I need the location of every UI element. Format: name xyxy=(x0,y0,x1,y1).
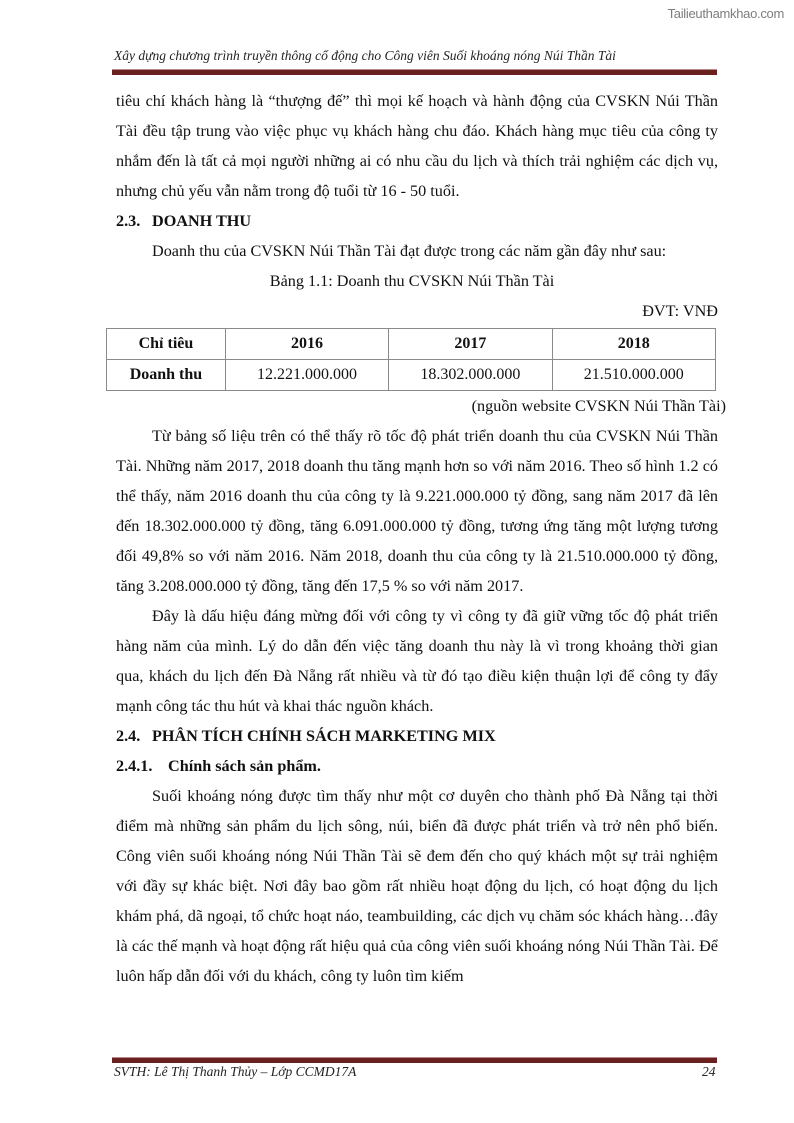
revenue-table: Chỉ tiêu 2016 2017 2018 Doanh thu 12.221… xyxy=(106,328,716,391)
table-header-cell: 2018 xyxy=(552,329,715,360)
page-number: 24 xyxy=(702,1064,716,1080)
table-header-cell: 2016 xyxy=(225,329,388,360)
table-header-cell: 2017 xyxy=(389,329,552,360)
table-row: Doanh thu 12.221.000.000 18.302.000.000 … xyxy=(107,360,716,391)
paragraph-revenue-intro: Doanh thu của CVSKN Núi Thần Tài đạt đượ… xyxy=(116,236,718,266)
section-heading-2-3: 2.3.DOANH THU xyxy=(116,206,718,236)
section-title: DOANH THU xyxy=(152,212,251,230)
footer-rule xyxy=(112,1057,717,1063)
section-title: PHÂN TÍCH CHÍNH SÁCH MARKETING MIX xyxy=(152,727,496,745)
section-number: 2.3. xyxy=(116,206,152,236)
section-heading-2-4: 2.4.PHÂN TÍCH CHÍNH SÁCH MARKETING MIX xyxy=(116,721,718,751)
page-content: tiêu chí khách hàng là “thượng đế” thì m… xyxy=(116,86,718,991)
subsection-number: 2.4.1. xyxy=(116,751,168,781)
paragraph-product: Suối khoáng nóng được tìm thấy như một c… xyxy=(116,781,718,991)
header-rule xyxy=(112,69,717,75)
table-header-row: Chỉ tiêu 2016 2017 2018 xyxy=(107,329,716,360)
table-source: (nguồn website CVSKN Núi Thần Tài) xyxy=(116,391,726,421)
table-cell: 12.221.000.000 xyxy=(225,360,388,391)
table-cell: 21.510.000.000 xyxy=(552,360,715,391)
paragraph-intro: tiêu chí khách hàng là “thượng đế” thì m… xyxy=(116,86,718,206)
table-row-label: Doanh thu xyxy=(107,360,226,391)
table-cell: 18.302.000.000 xyxy=(389,360,552,391)
subsection-heading-2-4-1: 2.4.1.Chính sách sản phẩm. xyxy=(116,751,718,781)
paragraph-signal: Đây là dấu hiệu đáng mừng đối với công t… xyxy=(116,601,718,721)
footer-author: SVTH: Lê Thị Thanh Thủy – Lớp CCMD17A xyxy=(114,1064,356,1080)
watermark: Tailieuthamkhao.com xyxy=(668,6,784,21)
section-number: 2.4. xyxy=(116,721,152,751)
paragraph-analysis: Từ bảng số liệu trên có thể thấy rõ tốc … xyxy=(116,421,718,601)
table-caption: Bảng 1.1: Doanh thu CVSKN Núi Thần Tài xyxy=(116,266,718,296)
table-unit: ĐVT: VNĐ xyxy=(116,296,718,326)
running-header: Xây dựng chương trình truyền thông cổ độ… xyxy=(114,48,616,64)
subsection-title: Chính sách sản phẩm. xyxy=(168,757,321,775)
table-header-cell: Chỉ tiêu xyxy=(107,329,226,360)
